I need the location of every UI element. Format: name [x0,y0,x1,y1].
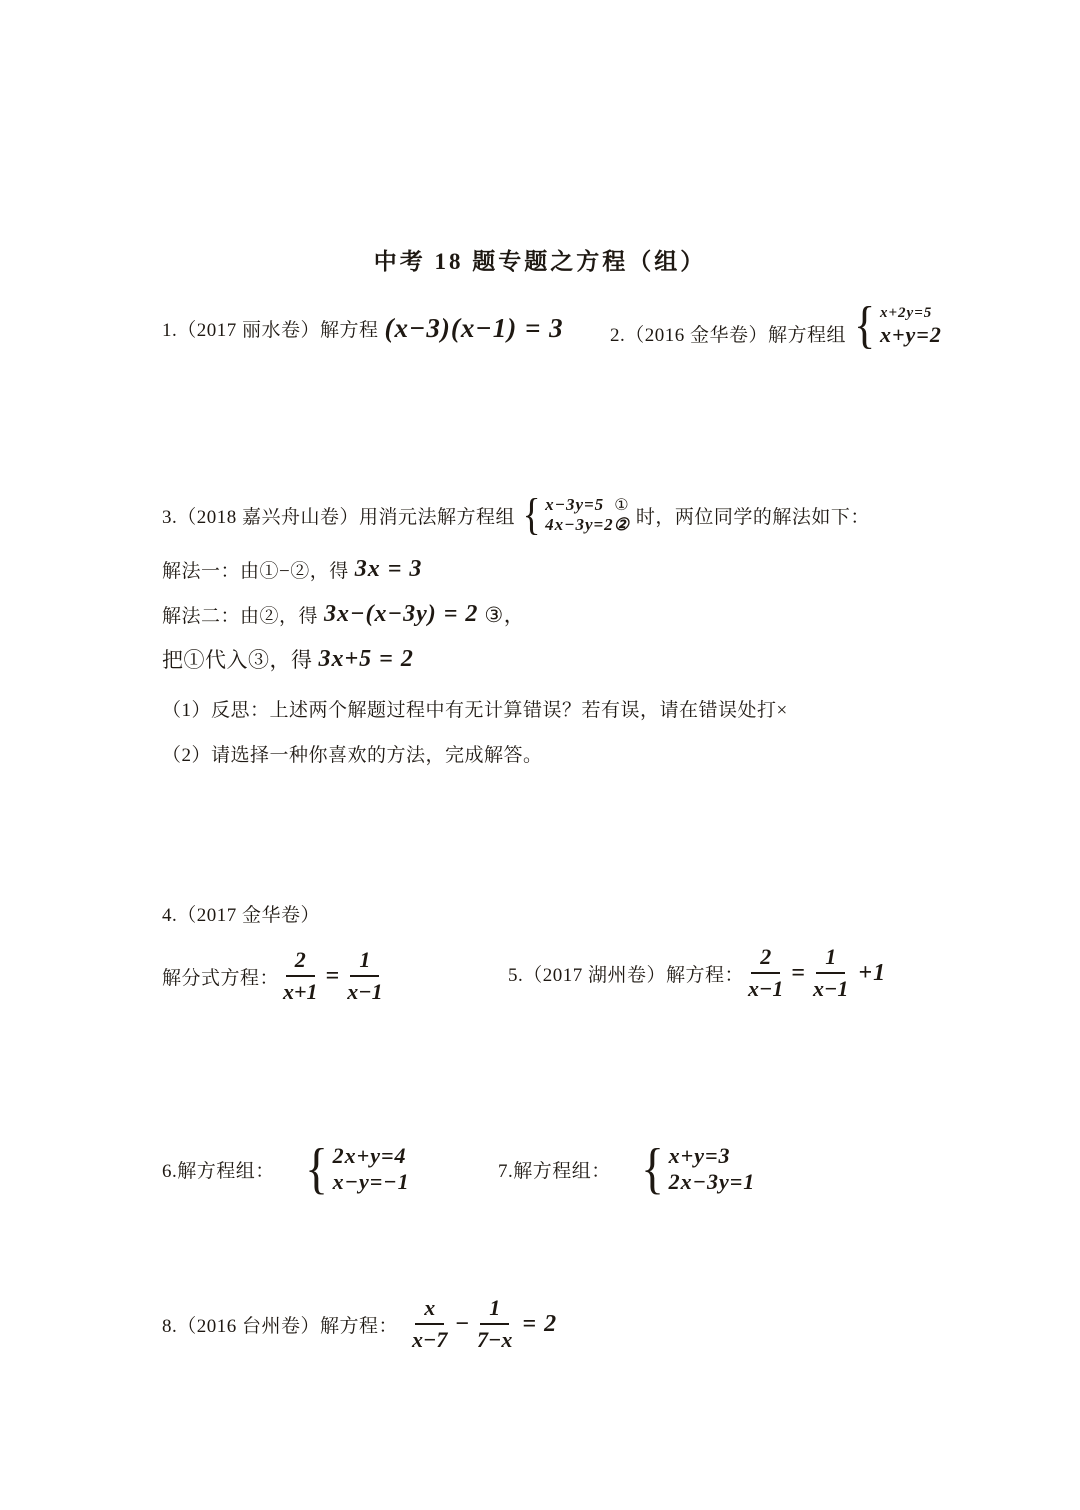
fraction-2-denominator: 7−x [477,1325,512,1352]
problem-2-eq2: x+y=2 [880,322,942,348]
fraction-2-numerator: 1 [350,948,379,977]
problem-3-solution-1: 解法一：由①−②，得 3x = 3 [162,551,422,587]
fraction-1-denominator: x−7 [412,1325,447,1352]
fraction-1-numerator: x [415,1296,444,1325]
solution-1-text: 解法一：由①−②，得 [162,556,349,583]
page-title: 中考 18 题专题之方程（组） [0,243,1080,276]
equals-sign: = [791,960,805,987]
system-brace: { [854,303,876,350]
problem-7-eq2: 2x−3y=1 [669,1169,756,1195]
problem-1: 1.（2017 丽水卷）解方程 (x−3)(x−1) = 3 [162,306,564,350]
fraction-1: 2 x−1 [748,945,783,1001]
problem-7-system: { x+y=3 2x−3y=1 [639,1143,756,1196]
problem-2: 2.（2016 金华卷）解方程组 { x+2y=5 x+y=2 [610,296,942,356]
problem-6-eq1: 2x+y=4 [333,1143,410,1169]
substitution-text: 把①代入③，得 [162,644,313,674]
problem-4-equation: 解分式方程： 2 x+1 = 1 x−1 [162,941,387,1011]
fraction-2-numerator: 1 [816,945,845,974]
problem-3-solution-2: 解法二：由②，得 3x−(x−3y) = 2 ③， [162,596,525,632]
system-brace: { [523,495,542,535]
fraction-1-numerator: 2 [751,945,780,974]
problem-8: 8.（2016 台州卷）解方程： x x−7 − 1 7−x = 2 [162,1288,557,1360]
fraction-2-denominator: x−1 [347,977,382,1004]
problem-3-intro-post: 时，两位同学的解法如下： [636,502,870,529]
solution-2-tag: ③， [484,599,525,629]
fraction-2-denominator: x−1 [813,974,848,1001]
substitution-math: 3x+5 = 2 [319,646,414,673]
question-2-text: （2）请选择一种你喜欢的方法，完成解答。 [162,740,543,767]
problem-4-label-text: 4.（2017 金华卷） [162,900,320,927]
system-brace: { [305,1144,329,1194]
problem-6: 6.解方程组： { 2x+y=4 x−y=−1 [162,1136,410,1202]
fraction-1: 2 x+1 [283,948,318,1004]
problem-8-label: 8.（2016 台州卷）解方程： [162,1311,398,1338]
fraction-2: 1 x−1 [813,945,848,1001]
problem-2-system: { x+2y=5 x+y=2 [852,303,942,350]
problem-1-label: 1.（2017 丽水卷）解方程 [162,315,379,342]
eq1-number-tag: ① [614,497,629,514]
problem-4-task: 解分式方程： [162,963,279,990]
fraction-1-denominator: x+1 [283,977,318,1004]
problem-3-label: 3.（2018 嘉兴舟山卷）用消元法解方程组 [162,502,515,529]
solution-1-math: 3x = 3 [355,556,423,583]
problem-2-eq1: x+2y=5 [880,304,942,322]
problem-7-label: 7.解方程组： [498,1156,611,1183]
problem-3-system: { x−3y=5① 4x−3y=2② [521,495,630,536]
problem-5-label: 5.（2017 湖州卷）解方程： [508,960,744,987]
problem-3-substitution: 把①代入③，得 3x+5 = 2 [162,641,414,677]
fraction-2: 1 x−1 [347,948,382,1004]
problem-3-eq2: 4x−3y=2② [545,515,630,535]
fraction-1-denominator: x−1 [748,974,783,1001]
problem-3-question-2: （2）请选择一种你喜欢的方法，完成解答。 [162,739,543,767]
solution-2-math: 3x−(x−3y) = 2 [324,601,478,628]
problem-5: 5.（2017 湖州卷）解方程： 2 x−1 = 1 x−1 +1 [508,938,886,1008]
problem-7: 7.解方程组： { x+y=3 2x−3y=1 [498,1136,755,1202]
problem-3-eq1: x−3y=5① [545,495,630,515]
problem-8-tail: = 2 [522,1311,557,1338]
problem-3-intro: 3.（2018 嘉兴舟山卷）用消元法解方程组 { x−3y=5① 4x−3y=2… [162,484,870,546]
problem-1-equation: (x−3)(x−1) = 3 [385,313,564,344]
system-brace: { [641,1144,665,1194]
question-1-text: （1）反思：上述两个解题过程中有无计算错误？若有误，请在错误处打× [162,695,788,722]
problem-2-label: 2.（2016 金华卷）解方程组 [610,306,846,347]
fraction-1-numerator: 2 [286,948,315,977]
fraction-2: 1 7−x [477,1296,512,1352]
solution-2-text: 解法二：由②，得 [162,601,318,628]
problem-3-question-1: （1）反思：上述两个解题过程中有无计算错误？若有误，请在错误处打× [162,694,788,722]
problem-6-label: 6.解方程组： [162,1156,275,1183]
fraction-2-numerator: 1 [480,1296,509,1325]
problem-6-eq2: x−y=−1 [333,1169,410,1195]
problem-6-system: { 2x+y=4 x−y=−1 [303,1143,410,1196]
problem-7-eq1: x+y=3 [669,1143,756,1169]
problem-4-label: 4.（2017 金华卷） [162,899,320,927]
problem-5-tail: +1 [858,960,886,987]
minus-sign: − [455,1311,469,1338]
equals-sign: = [326,963,340,990]
fraction-1: x x−7 [412,1296,447,1352]
